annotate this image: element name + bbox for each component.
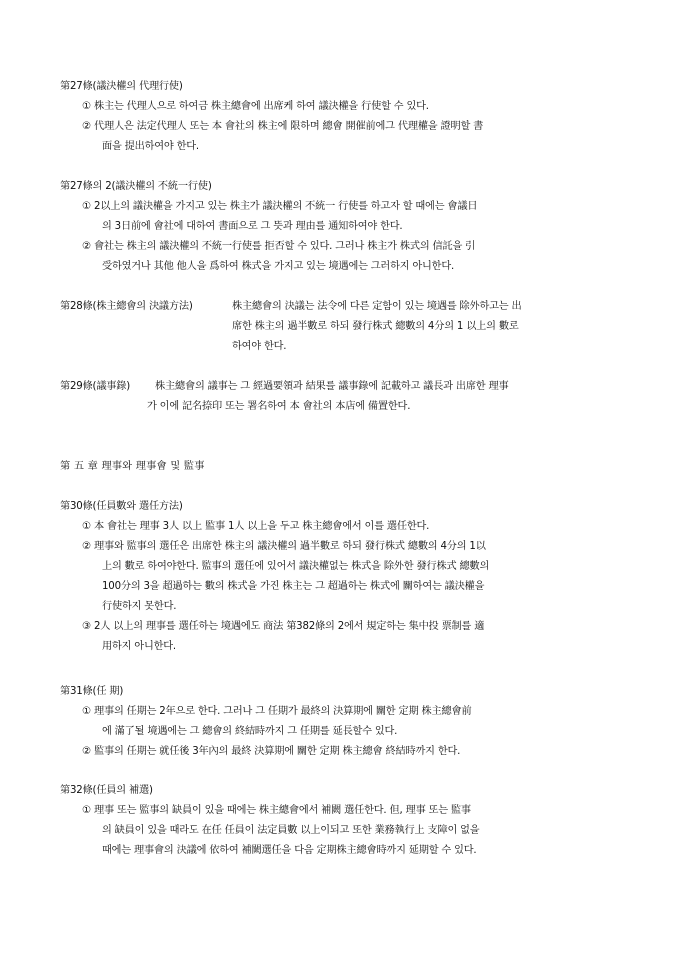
article-27-2-item-2: ② 會社는 株主의 議決權의 不統一行使를 拒否할 수 있다. 그러나 株主가 … [82, 241, 475, 253]
article-30-item-2-cont-3: 行使하지 못한다. [102, 601, 176, 613]
article-27-2-item-1: ① 2以上의 議決權을 가지고 있는 株主가 議決權의 不統一 行使를 하고자 … [82, 201, 477, 213]
chapter-5-title: 第 五 章 理事와 理事會 및 監事 [60, 461, 205, 473]
article-30-item-3-cont: 用하지 아니한다. [102, 641, 176, 653]
article-30-item-1: ① 本 會社는 理事 3人 以上 監事 1人 以上을 두고 株主總會에서 이를 … [82, 521, 429, 533]
article-31-item-2: ② 監事의 任期는 就任後 3年內의 最終 決算期에 關한 定期 株主總會 終結… [82, 746, 460, 758]
article-27-item-1: ① 株主는 代理人으로 하여금 株主總會에 出席케 하여 議決權을 行使할 수 … [82, 101, 429, 113]
article-28-line-1: 株主總會의 決議는 法令에 다른 定함이 있는 境遇를 除外하고는 出 [232, 301, 521, 313]
article-31-title: 第31條(任 期) [60, 686, 123, 698]
article-32-title: 第32條(任員의 補選) [60, 785, 153, 797]
article-30-item-2-cont-1: 上의 數로 하여야한다. 監事의 選任에 있어서 議決權없는 株式을 除外한 發… [102, 561, 489, 573]
article-30-item-2: ② 理事와 監事의 選任은 出席한 株主의 議決權의 過半數로 하되 發行株式 … [82, 541, 486, 553]
article-27-2-item-1-cont: 의 3日前에 會社에 대하여 書面으로 그 뜻과 理由를 通知하여야 한다. [102, 221, 402, 233]
article-29-title: 第29條(議事錄) [60, 381, 130, 393]
article-27-title: 第27條(議決權의 代理行使) [60, 81, 183, 93]
article-30-item-2-cont-2: 100分의 3을 超過하는 數의 株式을 가진 株主는 그 超過하는 株式에 關… [102, 581, 484, 593]
article-31-item-1-cont: 에 滿了될 境遇에는 그 總會의 終結時까지 그 任期를 延長할수 있다. [102, 726, 397, 738]
article-28-line-2: 席한 株主의 過半數로 하되 發行株式 總數의 4分의 1 以上의 數로 [232, 321, 518, 333]
article-27-item-2-cont: 面을 提出하여야 한다. [102, 141, 199, 153]
article-27-item-2: ② 代理人은 法定代理人 또는 本 會社의 株主에 限하며 總會 開催前에그 代… [82, 121, 483, 133]
article-32-item-1: ① 理事 또는 監事의 缺員이 있을 때에는 株主總會에서 補闕 選任한다. 但… [82, 805, 471, 817]
article-30-title: 第30條(任員數와 選任方法) [60, 501, 183, 513]
article-32-item-1-cont-2: 때에는 理事會의 決議에 依하여 補闕選任을 다음 定期株主總會時까지 延期할 … [102, 845, 476, 857]
article-28-title: 第28條(株主總會의 決議方法) [60, 301, 193, 313]
article-28-line-3: 하여야 한다. [232, 341, 286, 353]
article-27-2-title: 第27條의 2(議決權의 不統一行使) [60, 181, 212, 193]
document-page: 第27條(議決權의 代理行使) ① 株主는 代理人으로 하여금 株主總會에 出席… [0, 0, 680, 962]
article-30-item-3: ③ 2人 以上의 理事를 選任하는 境遇에도 商法 第382條의 2에서 規定하… [82, 621, 484, 633]
article-29-line-1: 株主總會의 議事는 그 經過要領과 結果를 議事錄에 記載하고 議長과 出席한 … [155, 381, 508, 393]
article-31-item-1: ① 理事의 任期는 2年으로 한다. 그러나 그 任期가 最終의 決算期에 關한… [82, 706, 471, 718]
article-29-line-2: 가 이에 記名捺印 또는 署名하여 本 會社의 本店에 備置한다. [147, 401, 410, 413]
article-32-item-1-cont-1: 의 缺員이 있을 때라도 在任 任員이 法定員數 以上이되고 또한 業務執行上 … [102, 825, 479, 837]
article-27-2-item-2-cont: 受하였거나 其他 他人을 爲하여 株式을 가지고 있는 境遇에는 그러하지 아니… [102, 261, 454, 273]
